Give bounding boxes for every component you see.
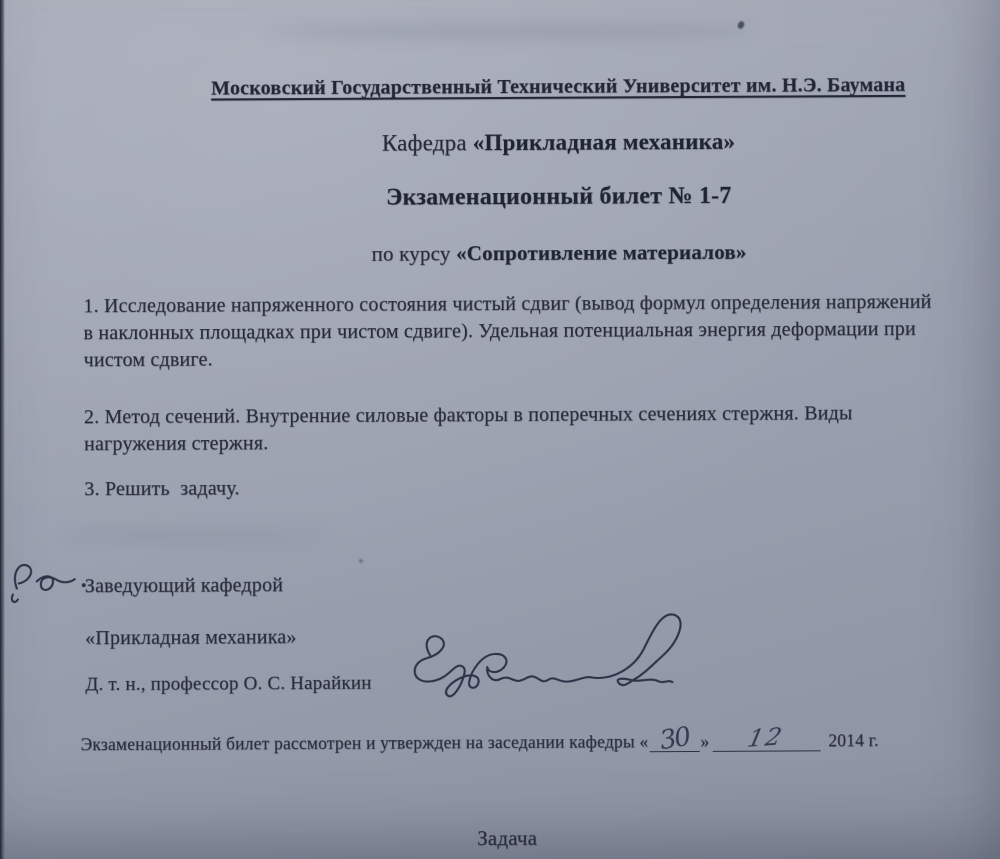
signatory-role: Заведующий кафедрой: [85, 574, 283, 598]
ticket-title: Экзаменационный билет № 1-7: [119, 181, 999, 213]
handwritten-month: 12: [746, 726, 785, 749]
month-blank: 12: [712, 726, 820, 752]
question-3: 3. Решить задачу.: [84, 472, 946, 504]
question-1: 1. Исследование напряженного состояния ч…: [83, 289, 945, 375]
exam-ticket-sheet: Московский Государственный Технический У…: [0, 0, 1000, 859]
question-2: 2. Метод сечений. Внутренние силовые фак…: [84, 400, 946, 459]
department-name: «Прикладная механика»: [473, 129, 736, 155]
document-photo: Московский Государственный Технический У…: [0, 0, 1000, 859]
university-header: Московский Государственный Технический У…: [118, 73, 998, 101]
task-heading: Задача: [2, 823, 1000, 853]
department-line: Кафедра «Прикладная механика»: [118, 127, 998, 158]
handwritten-margin-mark: [1, 552, 93, 614]
approval-close-quote: »: [700, 731, 709, 751]
course-line: по курсу «Сопротивление материалов»: [119, 238, 999, 268]
department-prefix: Кафедра: [382, 130, 473, 155]
handwritten-day: 30: [659, 727, 691, 751]
day-blank: 30: [649, 727, 699, 752]
signatory-department: «Прикладная механика»: [85, 626, 297, 650]
approval-line: Экзаменационный билет рассмотрен и утвер…: [81, 725, 981, 755]
approval-text: Экзаменационный билет рассмотрен и утвер…: [81, 731, 649, 754]
course-prefix: по курсу: [371, 241, 456, 265]
course-name: «Сопротивление материалов»: [456, 240, 747, 266]
signatory-name: Д. т. н., профессор О. С. Нарайкин: [85, 673, 371, 696]
approval-year: 2014 г.: [822, 730, 878, 750]
handwritten-signature: [384, 596, 707, 723]
